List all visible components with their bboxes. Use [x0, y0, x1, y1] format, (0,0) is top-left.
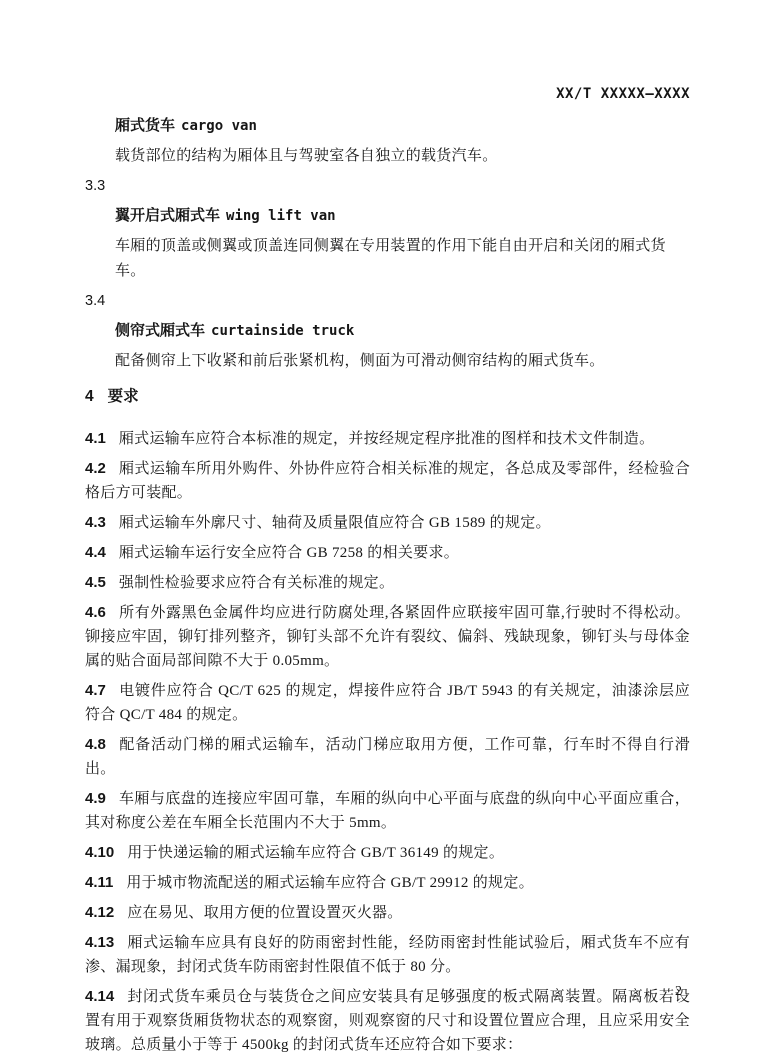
clause-number: 4.9 — [85, 790, 106, 807]
term-title: 侧帘式厢式车curtainside truck — [85, 319, 690, 344]
clause: 4.5强制性检验要求应符合有关标准的规定。 — [85, 571, 690, 595]
section-heading: 4要求 — [85, 384, 690, 409]
clause-number: 4.7 — [85, 682, 106, 699]
term-entry: 厢式货车cargo van 载货部位的结构为厢体且与驾驶室各自独立的载货汽车。 — [85, 114, 690, 169]
clause: 4.10用于快递运输的厢式运输车应符合 GB/T 36149 的规定。 — [85, 841, 690, 865]
clause-number: 4.10 — [85, 844, 114, 861]
clause-number: 4.13 — [85, 934, 114, 951]
term-zh: 侧帘式厢式车 — [115, 323, 205, 339]
clause-text: 厢式运输车应具有良好的防雨密封性能，经防雨密封性能试验后，厢式货车不应有渗、漏现… — [85, 935, 690, 975]
clause: 4.12应在易见、取用方便的位置设置灭火器。 — [85, 901, 690, 925]
clause-text: 封闭式货车乘员仓与装货仓之间应安装具有足够强度的板式隔离装置。隔离板若设置有用于… — [85, 989, 690, 1053]
term-definition: 车厢的顶盖或侧翼或顶盖连同侧翼在专用装置的作用下能自由开启和关闭的厢式货车。 — [85, 234, 690, 284]
term-title: 翼开启式厢式车wing lift van — [85, 204, 690, 229]
clause-text: 所有外露黑色金属件均应进行防腐处理,各紧固件应联接牢固可靠,行驶时不得松动。铆接… — [85, 605, 690, 669]
page-number: 2 — [675, 984, 682, 1000]
term-clause-number: 3.4 — [85, 289, 690, 314]
clause: 4.11用于城市物流配送的厢式运输车应符合 GB/T 29912 的规定。 — [85, 871, 690, 895]
section-title: 要求 — [108, 388, 139, 405]
term-en: cargo van — [181, 118, 257, 134]
standard-code: XX/T XXXXX—XXXX — [556, 86, 690, 102]
clause-number: 4.6 — [85, 604, 106, 621]
term-en: wing lift van — [226, 208, 336, 224]
term-entry: 3.4 侧帘式厢式车curtainside truck 配备侧帘上下收紧和前后张… — [85, 289, 690, 374]
term-clause-number: 3.3 — [85, 174, 690, 199]
term-entry: 3.3 翼开启式厢式车wing lift van 车厢的顶盖或侧翼或顶盖连同侧翼… — [85, 174, 690, 284]
clause: 4.2厢式运输车所用外购件、外协件应符合相关标准的规定，各总成及零部件，经检验合… — [85, 457, 690, 505]
clause: 4.4厢式运输车运行安全应符合 GB 7258 的相关要求。 — [85, 541, 690, 565]
page-header: XX/T XXXXX—XXXX — [85, 86, 690, 102]
term-definition: 载货部位的结构为厢体且与驾驶室各自独立的载货汽车。 — [85, 144, 690, 169]
clause-text: 强制性检验要求应符合有关标准的规定。 — [119, 575, 394, 591]
term-zh: 厢式货车 — [115, 118, 175, 134]
clause-text: 厢式运输车所用外购件、外协件应符合相关标准的规定，各总成及零部件，经检验合格后方… — [85, 461, 690, 501]
clause-number: 4.4 — [85, 544, 106, 561]
clause: 4.13厢式运输车应具有良好的防雨密封性能，经防雨密封性能试验后，厢式货车不应有… — [85, 931, 690, 979]
clause-text: 应在易见、取用方便的位置设置灭火器。 — [127, 905, 402, 921]
term-en: curtainside truck — [211, 323, 354, 339]
clause-number: 4.12 — [85, 904, 114, 921]
clause-number: 4.14 — [85, 988, 114, 1005]
clause: 4.9车厢与底盘的连接应牢固可靠，车厢的纵向中心平面与底盘的纵向中心平面应重合，… — [85, 787, 690, 835]
clause-text: 厢式运输车外廓尺寸、轴荷及质量限值应符合 GB 1589 的规定。 — [119, 515, 551, 531]
document-page: XX/T XXXXX—XXXX 厢式货车cargo van 载货部位的结构为厢体… — [0, 0, 762, 1064]
clause: 4.3厢式运输车外廓尺寸、轴荷及质量限值应符合 GB 1589 的规定。 — [85, 511, 690, 535]
clause-number: 4.2 — [85, 460, 106, 477]
clause: 4.14封闭式货车乘员仓与装货仓之间应安装具有足够强度的板式隔离装置。隔离板若设… — [85, 985, 690, 1057]
requirements-section: 4.1厢式运输车应符合本标准的规定，并按经规定程序批准的图样和技术文件制造。 4… — [85, 427, 690, 1057]
clause: 4.6所有外露黑色金属件均应进行防腐处理,各紧固件应联接牢固可靠,行驶时不得松动… — [85, 601, 690, 673]
clause-text: 用于快递运输的厢式运输车应符合 GB/T 36149 的规定。 — [127, 845, 504, 861]
clause-number: 4.1 — [85, 430, 106, 447]
clause-number: 4.5 — [85, 574, 106, 591]
clause-text: 车厢与底盘的连接应牢固可靠，车厢的纵向中心平面与底盘的纵向中心平面应重合，其对称… — [85, 791, 690, 831]
section-number: 4 — [85, 388, 94, 405]
clause: 4.8配备活动门梯的厢式运输车，活动门梯应取用方便，工作可靠，行车时不得自行滑出… — [85, 733, 690, 781]
term-zh: 翼开启式厢式车 — [115, 208, 220, 224]
clause-text: 用于城市物流配送的厢式运输车应符合 GB/T 29912 的规定。 — [126, 875, 534, 891]
clause-text: 厢式运输车应符合本标准的规定，并按经规定程序批准的图样和技术文件制造。 — [119, 431, 655, 447]
clause-number: 4.3 — [85, 514, 106, 531]
clause-number: 4.8 — [85, 736, 106, 753]
terms-section: 厢式货车cargo van 载货部位的结构为厢体且与驾驶室各自独立的载货汽车。 … — [85, 114, 690, 374]
term-definition: 配备侧帘上下收紧和前后张紧机构，侧面为可滑动侧帘结构的厢式货车。 — [85, 349, 690, 374]
clause: 4.7电镀件应符合 QC/T 625 的规定，焊接件应符合 JB/T 5943 … — [85, 679, 690, 727]
term-title: 厢式货车cargo van — [85, 114, 690, 139]
clause: 4.1厢式运输车应符合本标准的规定，并按经规定程序批准的图样和技术文件制造。 — [85, 427, 690, 451]
clause-number: 4.11 — [85, 874, 113, 891]
clause-text: 电镀件应符合 QC/T 625 的规定，焊接件应符合 JB/T 5943 的有关… — [85, 683, 690, 723]
clause-text: 配备活动门梯的厢式运输车，活动门梯应取用方便，工作可靠，行车时不得自行滑出。 — [85, 737, 690, 777]
clause-text: 厢式运输车运行安全应符合 GB 7258 的相关要求。 — [119, 545, 459, 561]
